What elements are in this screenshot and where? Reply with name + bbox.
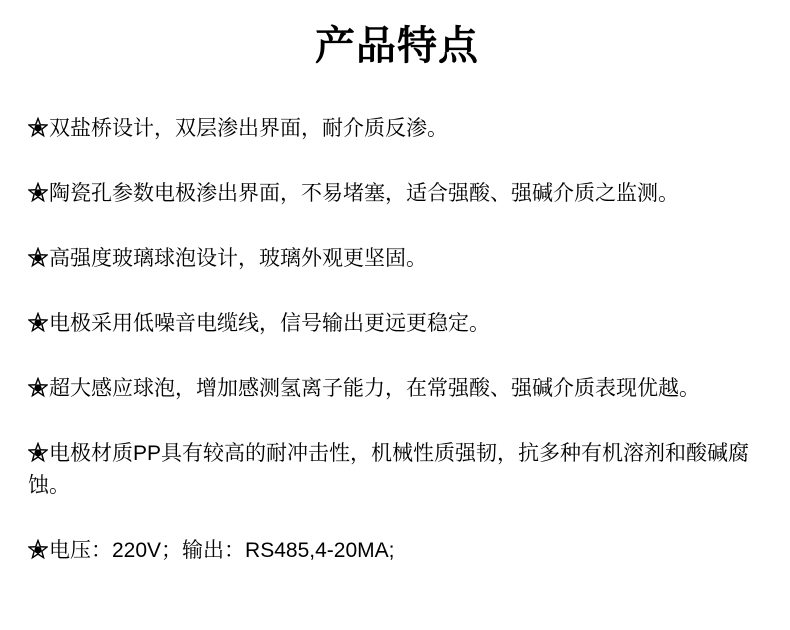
- feature-text: 双盐桥设计，双层渗出界面，耐介质反渗。: [49, 117, 448, 140]
- feature-text: 电极材质PP具有较高的耐冲击性，机械性质强韧，抗多种有机溶剂和酸碱腐蚀。: [28, 442, 749, 497]
- feature-list: 双盐桥设计，双层渗出界面，耐介质反渗。 陶瓷孔参数电极渗出界面，不易堵塞，适合强…: [28, 113, 766, 567]
- feature-item: 陶瓷孔参数电极渗出界面，不易堵塞，适合强酸、强碱介质之监测。: [28, 178, 766, 210]
- star-bullet-icon: [28, 308, 49, 340]
- feature-item: 电压：220V；输出：RS485,4-20MA;: [28, 535, 766, 567]
- feature-item: 高强度玻璃球泡设计，玻璃外观更坚固。: [28, 243, 766, 275]
- star-bullet-icon: [28, 373, 49, 405]
- feature-text: 陶瓷孔参数电极渗出界面，不易堵塞，适合强酸、强碱介质之监测。: [49, 182, 679, 205]
- feature-text: 电压：220V；输出：RS485,4-20MA;: [49, 539, 394, 562]
- star-bullet-icon: [28, 438, 49, 470]
- page-title: 产品特点: [28, 24, 766, 68]
- feature-text: 超大感应球泡，增加感测氢离子能力，在常强酸、强碱介质表现优越。: [49, 377, 700, 400]
- feature-item: 电极材质PP具有较高的耐冲击性，机械性质强韧，抗多种有机溶剂和酸碱腐蚀。: [28, 438, 766, 502]
- product-features-page: 产品特点 双盐桥设计，双层渗出界面，耐介质反渗。 陶瓷孔参数电极渗出界面，不易堵…: [0, 0, 790, 630]
- star-bullet-icon: [28, 113, 49, 145]
- feature-text: 高强度玻璃球泡设计，玻璃外观更坚固。: [49, 247, 427, 270]
- feature-item: 电极采用低噪音电缆线，信号输出更远更稳定。: [28, 308, 766, 340]
- feature-item: 双盐桥设计，双层渗出界面，耐介质反渗。: [28, 113, 766, 145]
- star-bullet-icon: [28, 178, 49, 210]
- feature-text: 电极采用低噪音电缆线，信号输出更远更稳定。: [49, 312, 490, 335]
- feature-item: 超大感应球泡，增加感测氢离子能力，在常强酸、强碱介质表现优越。: [28, 373, 766, 405]
- star-bullet-icon: [28, 243, 49, 275]
- star-bullet-icon: [28, 535, 49, 567]
